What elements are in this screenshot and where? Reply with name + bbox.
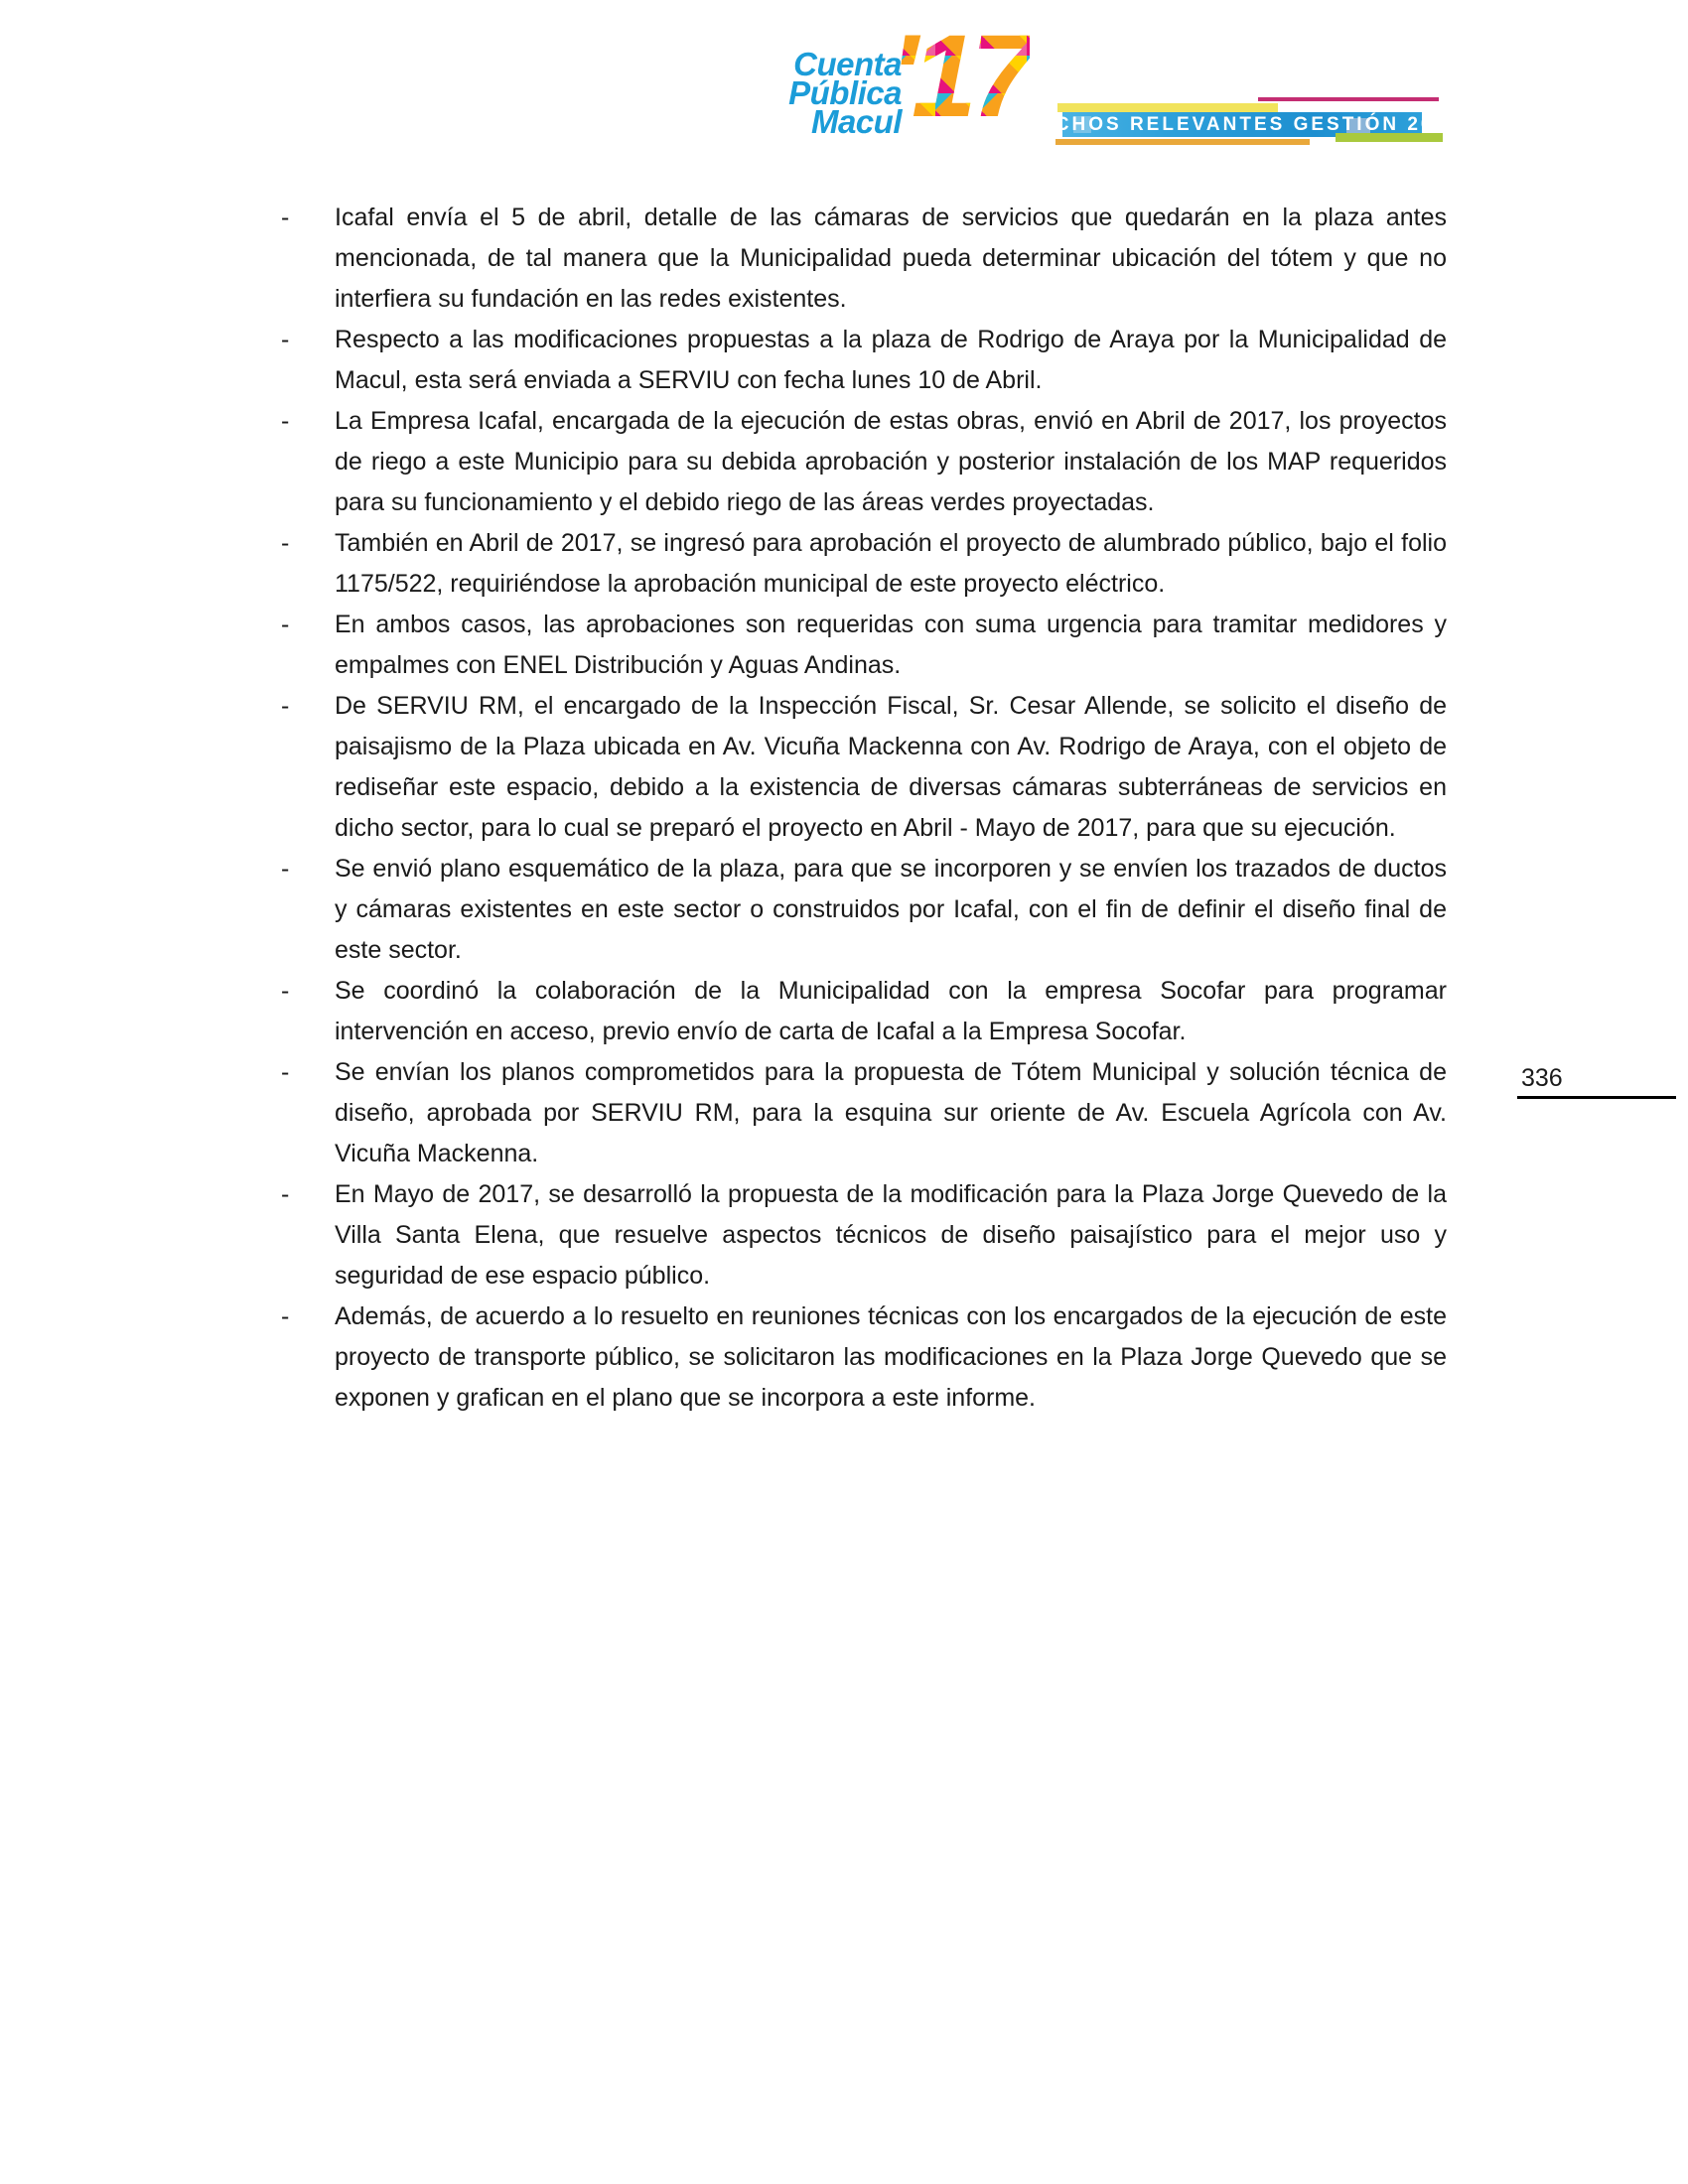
logo-year-17: '17 [890, 18, 1030, 135]
list-item: - Se envió plano esquemático de la plaza… [281, 849, 1447, 971]
bullet-text: Se envían los planos comprometidos para … [335, 1058, 1447, 1167]
bullet-text: De SERVIU RM, el encargado de la Inspecc… [335, 692, 1447, 842]
banner-yellow-bar [1057, 103, 1278, 112]
header-banner: HECHOS RELEVANTES GESTIÓN 2017 [1055, 95, 1453, 157]
list-item: - De SERVIU RM, el encargado de la Inspe… [281, 686, 1447, 849]
bullet-text: La Empresa Icafal, encargada de la ejecu… [335, 407, 1447, 516]
bullet-text: Se envió plano esquemático de la plaza, … [335, 855, 1447, 964]
list-item: - En Mayo de 2017, se desarrolló la prop… [281, 1174, 1447, 1297]
bullet-text: En Mayo de 2017, se desarrolló la propue… [335, 1180, 1447, 1290]
list-item: - Se coordinó la colaboración de la Muni… [281, 971, 1447, 1052]
bullet-text: Se coordinó la colaboración de la Munici… [335, 977, 1447, 1045]
bullet-marker: - [281, 686, 289, 727]
bullet-marker: - [281, 1052, 289, 1093]
bullet-marker: - [281, 401, 289, 442]
bullet-text: Respecto a las modificaciones propuestas… [335, 326, 1447, 394]
bullet-marker: - [281, 1297, 289, 1337]
list-item: - La Empresa Icafal, encargada de la eje… [281, 401, 1447, 523]
list-item: - Respecto a las modificaciones propuest… [281, 320, 1447, 401]
banner-magenta-line [1258, 97, 1439, 101]
list-item: - Icafal envía el 5 de abril, detalle de… [281, 198, 1447, 320]
bullet-marker: - [281, 1174, 289, 1215]
bullet-text: También en Abril de 2017, se ingresó par… [335, 529, 1447, 598]
bullet-text: En ambos casos, las aprobaciones son req… [335, 611, 1447, 679]
document-page: Cuenta Pública Macul '17 HECHOS RELEVANT… [0, 0, 1688, 2184]
logo-wordmark: Cuenta Pública Macul [788, 50, 902, 136]
bullet-marker: - [281, 605, 289, 645]
logo-line-macul: Macul [788, 107, 902, 136]
list-item: - En ambos casos, las aprobaciones son r… [281, 605, 1447, 686]
bullet-marker: - [281, 971, 289, 1012]
banner-orange-underline [1055, 139, 1310, 145]
page-number: 336 [1517, 1064, 1676, 1099]
bullet-text: Además, de acuerdo a lo resuelto en reun… [335, 1302, 1447, 1412]
bullet-marker: - [281, 849, 289, 889]
bullet-list: - Icafal envía el 5 de abril, detalle de… [281, 198, 1447, 1419]
list-item: - Además, de acuerdo a lo resuelto en re… [281, 1297, 1447, 1419]
bullet-marker: - [281, 523, 289, 564]
bullet-marker: - [281, 198, 289, 238]
list-item: - También en Abril de 2017, se ingresó p… [281, 523, 1447, 605]
list-item: - Se envían los planos comprometidos par… [281, 1052, 1447, 1174]
banner-green-strip [1336, 133, 1443, 142]
bullet-marker: - [281, 320, 289, 360]
bullet-text: Icafal envía el 5 de abril, detalle de l… [335, 204, 1447, 313]
